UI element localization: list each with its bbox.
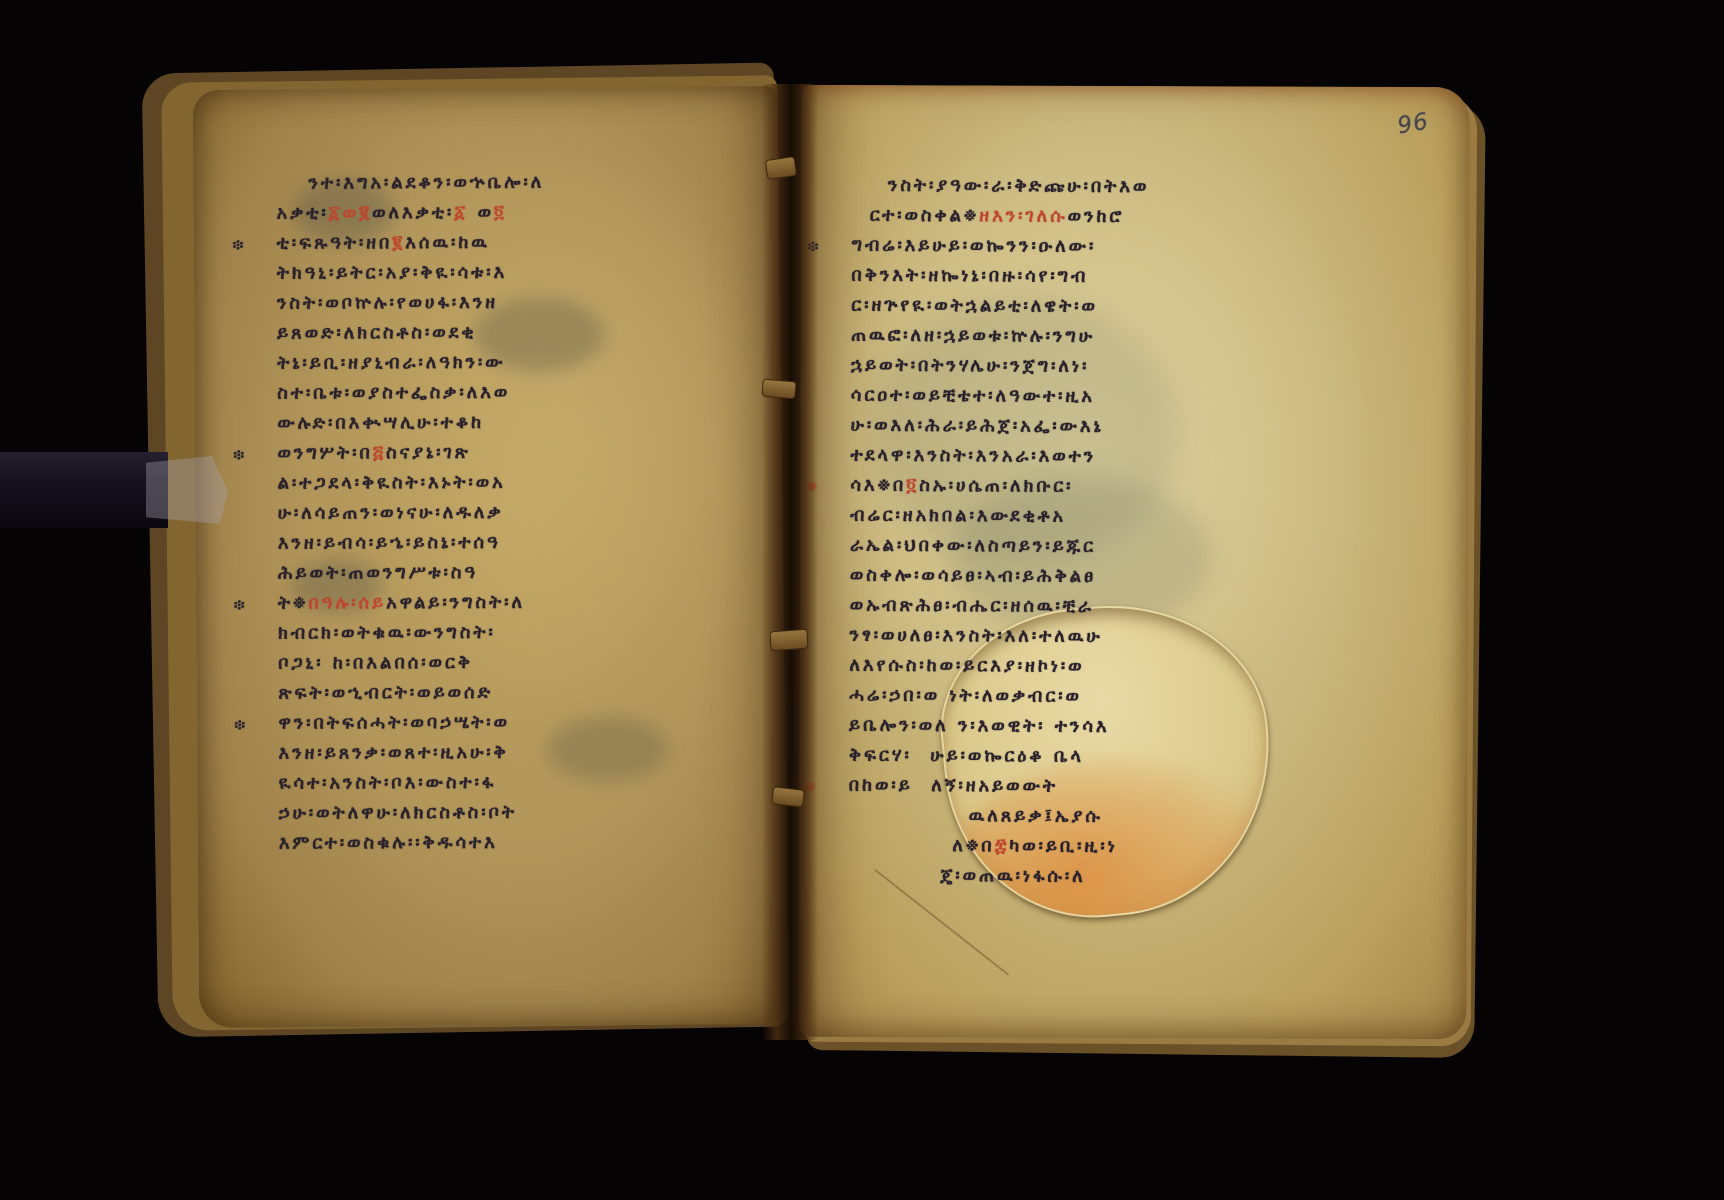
text-line: ኃሁ፡ወትለዋሁ፡ለክርስቶስ፡ቦት	[279, 797, 735, 829]
text-line: እምርተ፡ወስቁሉ፡፡ቅዱሳተእ	[279, 827, 735, 859]
text-line: ጄ፡ወጠዉ፡ነፋሱ፡ለ	[848, 861, 1344, 894]
text-segment: ሳእ፠በ	[850, 475, 906, 496]
text-segment: ክብርክ፡ወትቁዉ፡ውንግስት፡	[278, 622, 496, 644]
text-line: ሓሬ፡ኃበ፡ወ ነት፡ለወቃብር፡ወ	[849, 681, 1345, 714]
text-segment: ት፠	[278, 593, 309, 614]
text-line: ንፃ፡ወሀለፀ፡እንስት፡እለ፡ተለዉሁ	[849, 621, 1345, 654]
left-page: ንተ፡እግአ፡ልደቆን፡ወኍቤሎ፡ለአቃቲ፡፩ወ፪ወለእቃቲ፡፩ ወ፬፨ቲ፡ፍጹ…	[193, 86, 785, 1028]
rubric-text-segment: ዘእን፡ገለሱ	[979, 205, 1067, 226]
text-line: ብሬር፡ዘአክበል፡እውደቂቶአ	[850, 501, 1346, 534]
left-page-text: ንተ፡እግአ፡ልደቆን፡ወኍቤሎ፡ለአቃቲ፡፩ወ፪ወለእቃቲ፡፩ ወ፬፨ቲ፡ፍጹ…	[276, 167, 734, 859]
text-segment: ንስት፡ያዓው፡ራ፡ቅድጩሁ፡በትእወ	[888, 175, 1150, 197]
text-segment: ርተ፡ወስቀል፠	[870, 205, 980, 227]
book-weight-tip	[146, 456, 228, 524]
text-line: ትኔ፡ይቢ፡ዘያኒብራ፡ለዓክን፡ው	[277, 347, 733, 379]
text-segment: ኃሁ፡ወትለዋሁ፡ለክርስቶስ፡ቦት	[279, 802, 517, 824]
text-segment: ካወ፡ይቢ፡ዚ፡ነ	[1009, 835, 1117, 857]
text-line: ራኤል፡ህበቀው፡ለስጣይን፡ይጁር	[850, 531, 1346, 564]
text-line: ንስት፡ያዓው፡ራ፡ቅድጩሁ፡በትእወ	[852, 171, 1348, 204]
text-line: ሁ፡ለሳይጠን፡ወነናሁ፡ለዱለቃ	[278, 497, 734, 529]
text-segment: ግብሬ፡እይሁይ፡ወኰንን፡ዑለው፡	[852, 235, 1097, 257]
text-line: ቦጋኒ፡ ከ፡በእልበሰ፡ወርቅ	[278, 647, 734, 679]
text-segment: አቃቲ፡	[277, 202, 329, 223]
text-line: ሕይወት፡ጠወንግሥቱ፡ስዓ	[278, 557, 734, 589]
text-segment: ወንከሮ	[1068, 206, 1125, 227]
text-segment: ር፡ዘጕየዪ፡ወትኋልይቲ፡ለዌት፡ወ	[851, 295, 1098, 317]
text-line: ተደላዋ፡እንስት፡እንአራ፡እወተን	[850, 441, 1346, 474]
text-segment: ራኤል፡ህበቀው፡ለስጣይን፡ይጁር	[850, 535, 1096, 557]
folio-number: 96	[1396, 108, 1431, 139]
text-segment: ሓሬ፡ኃበ፡ወ ነት፡ለወቃብር፡ወ	[849, 685, 1082, 707]
text-line: ለእየሱስ፡ከወ፡ይርእያ፡ዘኮነ፡ወ	[849, 651, 1345, 684]
text-segment: ይጸወድ፡ለክርስቶስ፡ወደቂ	[277, 322, 477, 344]
text-line: ውሉድ፡በእቊሣሊሁ፡ተቆከ	[277, 407, 733, 439]
text-segment: ተደላዋ፡እንስት፡እንአራ፡እወተን	[850, 445, 1096, 467]
book-gutter	[762, 84, 818, 1040]
text-line: ፨ት፠በዓሉ፡ሰይአዋልይ፡ንግስት፡ለ	[278, 587, 734, 619]
text-line: እንዘ፡ይብሳ፡ይኄ፡ይስኔ፡ተሰዓ	[278, 527, 734, 559]
text-segment: ዪሳተ፡አንስት፡ቦእ፡ውስተ፡ፋ	[279, 772, 497, 794]
text-segment: ቲ፡ፍጹዓት፡ዘበ	[277, 232, 393, 253]
text-line: ፨ቲ፡ፍጹዓት፡ዘበ፪እሰዉ፡ከዉ	[277, 227, 733, 259]
rubric-text-segment: ፩	[454, 202, 468, 223]
paragraph-mark: ፨	[234, 590, 245, 620]
text-segment: ሁ፡ለሳይጠን፡ወነናሁ፡ለዱለቃ	[278, 502, 504, 524]
text-line: ፠በከወ፡ይ ለኝ፡ዘአይወውት	[849, 771, 1345, 804]
text-line: እንዘ፡ይጸንቃ፡ወጸተ፡ዚአሁ፡ቅ	[278, 737, 734, 769]
rubric-text-segment: ፪	[392, 232, 405, 253]
text-segment: በከወ፡ይ ለኝ፡ዘአይወውት	[849, 775, 1058, 797]
text-line: ወኡብጽሕፀ፡ብሔር፡ዘሰዉ፡ቺራ	[850, 591, 1346, 624]
text-segment: ሕይወት፡ጠወንግሥቱ፡ስዓ	[278, 562, 478, 584]
text-line: አቃቲ፡፩ወ፪ወለእቃቲ፡፩ ወ፬	[277, 197, 733, 229]
text-segment: ወለእቃቲ፡	[372, 202, 454, 223]
text-line: ዉለጸይቃ፤ኤያሱ	[849, 801, 1345, 834]
text-line: ፨ወንግሦት፡በ፭ስናያኔ፡ገጽ	[277, 437, 733, 469]
text-segment: ወስቀሎ፡ወሳይፀ፡ኣብ፡ይሕቅልፀ	[850, 565, 1096, 587]
text-line: ፨ዋን፡በትፍሰሓት፡ወባኃሤት፡ወ	[278, 707, 734, 739]
rubric-text-segment: ፬	[906, 475, 919, 496]
text-line: ወስቀሎ፡ወሳይፀ፡ኣብ፡ይሕቅልፀ	[850, 561, 1346, 594]
text-segment: ቦጋኒ፡ ከ፡በእልበሰ፡ወርቅ	[278, 652, 473, 674]
text-segment: ቅፍርሃ፡ ሁይ፡ወኰርዕቆ ቤላ	[849, 745, 1084, 767]
text-segment: ወኡብጽሕፀ፡ብሔር፡ዘሰዉ፡ቺራ	[850, 595, 1094, 617]
text-line: ሁ፡ወእለ፡ሕራ፡ይሕጀ፡አፌ፡ውእኔ	[851, 411, 1347, 444]
text-line: ርተ፡ወስቀል፠ዘእን፡ገለሱወንከሮ	[852, 201, 1348, 234]
paragraph-mark: ፨	[234, 710, 245, 740]
text-segment: ወንግሦት፡በ	[277, 442, 372, 463]
text-line: ይቤሎን፡ወለ ን፡እወዊት፡ ተንሳእ	[849, 711, 1345, 744]
text-segment: እንዘ፡ይጸንቃ፡ወጸተ፡ዚአሁ፡ቅ	[278, 742, 508, 764]
text-line: ቅፍርሃ፡ ሁይ፡ወኰርዕቆ ቤላ	[849, 741, 1345, 774]
text-segment: እሰዉ፡ከዉ	[405, 232, 490, 253]
text-line: ስተ፡ቤቱ፡ወያስተፌስቃ፡ለእወ	[277, 377, 733, 409]
text-line: ሳርዐተ፡ወይቺቴተ፡ለዓውተ፡ዚአ	[851, 381, 1347, 414]
text-line: ጠዉፎ፡ለዘ፡ኋይወቱ፡ኵሉ፡ንግሁ	[851, 321, 1347, 354]
text-segment: ንተ፡እግአ፡ልደቆን፡ወኍቤሎ፡ለ	[309, 172, 545, 194]
text-segment: ኋይወት፡በትንሃሌሁ፡ንጀግ፡ለነ፡	[851, 355, 1089, 377]
text-line: ር፡ዘጕየዪ፡ወትኋልይቲ፡ለዌት፡ወ	[851, 291, 1347, 324]
text-line: ፠ሳእ፠በ፬ስኡ፡ሀሴጠ፡ለክቡር፡	[850, 471, 1346, 504]
rubric-text-segment: ፰	[995, 835, 1010, 856]
text-segment: ጄ፡ወጠዉ፡ነፋሱ፡ለ	[940, 865, 1086, 887]
binding-cord	[769, 629, 808, 652]
text-line: ትክዓኒ፡ይትር፡አያ፡ቅዪ፡ሳቱ፡እ	[277, 257, 733, 289]
text-segment: ል፡ተጋደላ፡ቅዪስት፡እኑት፡ወአ	[278, 472, 506, 494]
text-segment: ስኡ፡ሀሴጠ፡ለክቡር፡	[919, 475, 1073, 497]
text-segment: ንፃ፡ወሀለፀ፡እንስት፡እለ፡ተለዉሁ	[850, 625, 1103, 647]
text-line: ፨ግብሬ፡እይሁይ፡ወኰንን፡ዑለው፡	[852, 231, 1348, 264]
text-segment: ጽፍት፡ወኂብርት፡ወይወሰድ	[278, 682, 493, 704]
rubric-text-segment: በዓሉ፡ሰይ	[308, 592, 386, 613]
text-line: በቅንእት፡ዘኰነኔ፡በዙ፡ሳየ፡ግብ	[851, 261, 1347, 294]
manuscript-photo: ንተ፡እግአ፡ልደቆን፡ወኍቤሎ፡ለአቃቲ፡፩ወ፪ወለእቃቲ፡፩ ወ፬፨ቲ፡ፍጹ…	[0, 0, 1724, 1200]
text-segment: ትኔ፡ይቢ፡ዘያኒብራ፡ለዓክን፡ው	[277, 352, 505, 374]
binding-cord	[771, 786, 805, 808]
text-segment: ብሬር፡ዘአክበል፡እውደቂቶአ	[850, 505, 1066, 527]
text-line: ዪሳተ፡አንስት፡ቦእ፡ውስተ፡ፋ	[279, 767, 735, 799]
text-segment: ስናያኔ፡ገጽ	[386, 442, 471, 463]
text-segment: ለ፠በ	[952, 835, 994, 856]
paragraph-mark: ፨	[233, 230, 244, 260]
right-page: ንስት፡ያዓው፡ራ፡ቅድጩሁ፡በትእወርተ፡ወስቀል፠ዘእን፡ገለሱወንከሮ፨ግ…	[798, 85, 1469, 1039]
binding-cord	[761, 379, 796, 400]
text-segment: ውሉድ፡በእቊሣሊሁ፡ተቆከ	[277, 412, 484, 434]
text-line: ለ፠በ፰ካወ፡ይቢ፡ዚ፡ነ	[848, 831, 1344, 864]
text-segment: ጠዉፎ፡ለዘ፡ኋይወቱ፡ኵሉ፡ንግሁ	[851, 325, 1095, 347]
text-segment: እምርተ፡ወስቁሉ፡፡ቅዱሳተእ	[279, 832, 498, 854]
text-segment: ዋን፡በትፍሰሓት፡ወባኃሤት፡ወ	[278, 712, 510, 734]
text-segment: ንስት፡ወቦኵሉ፡የወሀፋ፡እንዘ	[277, 292, 498, 314]
text-line: ንስት፡ወቦኵሉ፡የወሀፋ፡እንዘ	[277, 287, 733, 319]
text-line: ክብርክ፡ወትቁዉ፡ውንግስት፡	[278, 617, 734, 649]
text-segment: ወ	[468, 202, 494, 223]
right-page-text: ንስት፡ያዓው፡ራ፡ቅድጩሁ፡በትእወርተ፡ወስቀል፠ዘእን፡ገለሱወንከሮ፨ግ…	[848, 171, 1348, 894]
text-segment: አዋልይ፡ንግስት፡ለ	[386, 592, 525, 613]
book-weight-bar	[0, 452, 168, 528]
text-segment: ይቤሎን፡ወለ ን፡እወዊት፡ ተንሳእ	[849, 715, 1110, 737]
text-segment: ሁ፡ወእለ፡ሕራ፡ይሕጀ፡አፌ፡ውእኔ	[851, 415, 1104, 437]
rubric-text-segment: ፭	[373, 442, 386, 463]
text-segment: ለእየሱስ፡ከወ፡ይርእያ፡ዘኮነ፡ወ	[849, 655, 1084, 677]
rubric-text-segment: ፩ወ፪	[329, 202, 372, 223]
text-segment: ትክዓኒ፡ይትር፡አያ፡ቅዪ፡ሳቱ፡እ	[277, 262, 507, 284]
paragraph-mark: ፨	[233, 440, 244, 470]
text-segment: እንዘ፡ይብሳ፡ይኄ፡ይስኔ፡ተሰዓ	[278, 532, 501, 554]
text-segment: ሳርዐተ፡ወይቺቴተ፡ለዓውተ፡ዚአ	[851, 385, 1095, 407]
text-line: ይጸወድ፡ለክርስቶስ፡ወደቂ	[277, 317, 733, 349]
text-line: ኋይወት፡በትንሃሌሁ፡ንጀግ፡ለነ፡	[851, 351, 1347, 384]
text-segment: በቅንእት፡ዘኰነኔ፡በዙ፡ሳየ፡ግብ	[851, 265, 1088, 287]
rubric-text-segment: ፬	[494, 202, 507, 223]
text-line: ል፡ተጋደላ፡ቅዪስት፡እኑት፡ወአ	[278, 467, 734, 499]
text-segment: ዉለጸይቃ፤ኤያሱ	[969, 805, 1103, 827]
binding-cord	[765, 156, 797, 180]
text-line: ጽፍት፡ወኂብርት፡ወይወሰድ	[278, 677, 734, 709]
text-line: ንተ፡እግአ፡ልደቆን፡ወኍቤሎ፡ለ	[276, 167, 732, 199]
text-segment: ስተ፡ቤቱ፡ወያስተፌስቃ፡ለእወ	[277, 382, 510, 404]
